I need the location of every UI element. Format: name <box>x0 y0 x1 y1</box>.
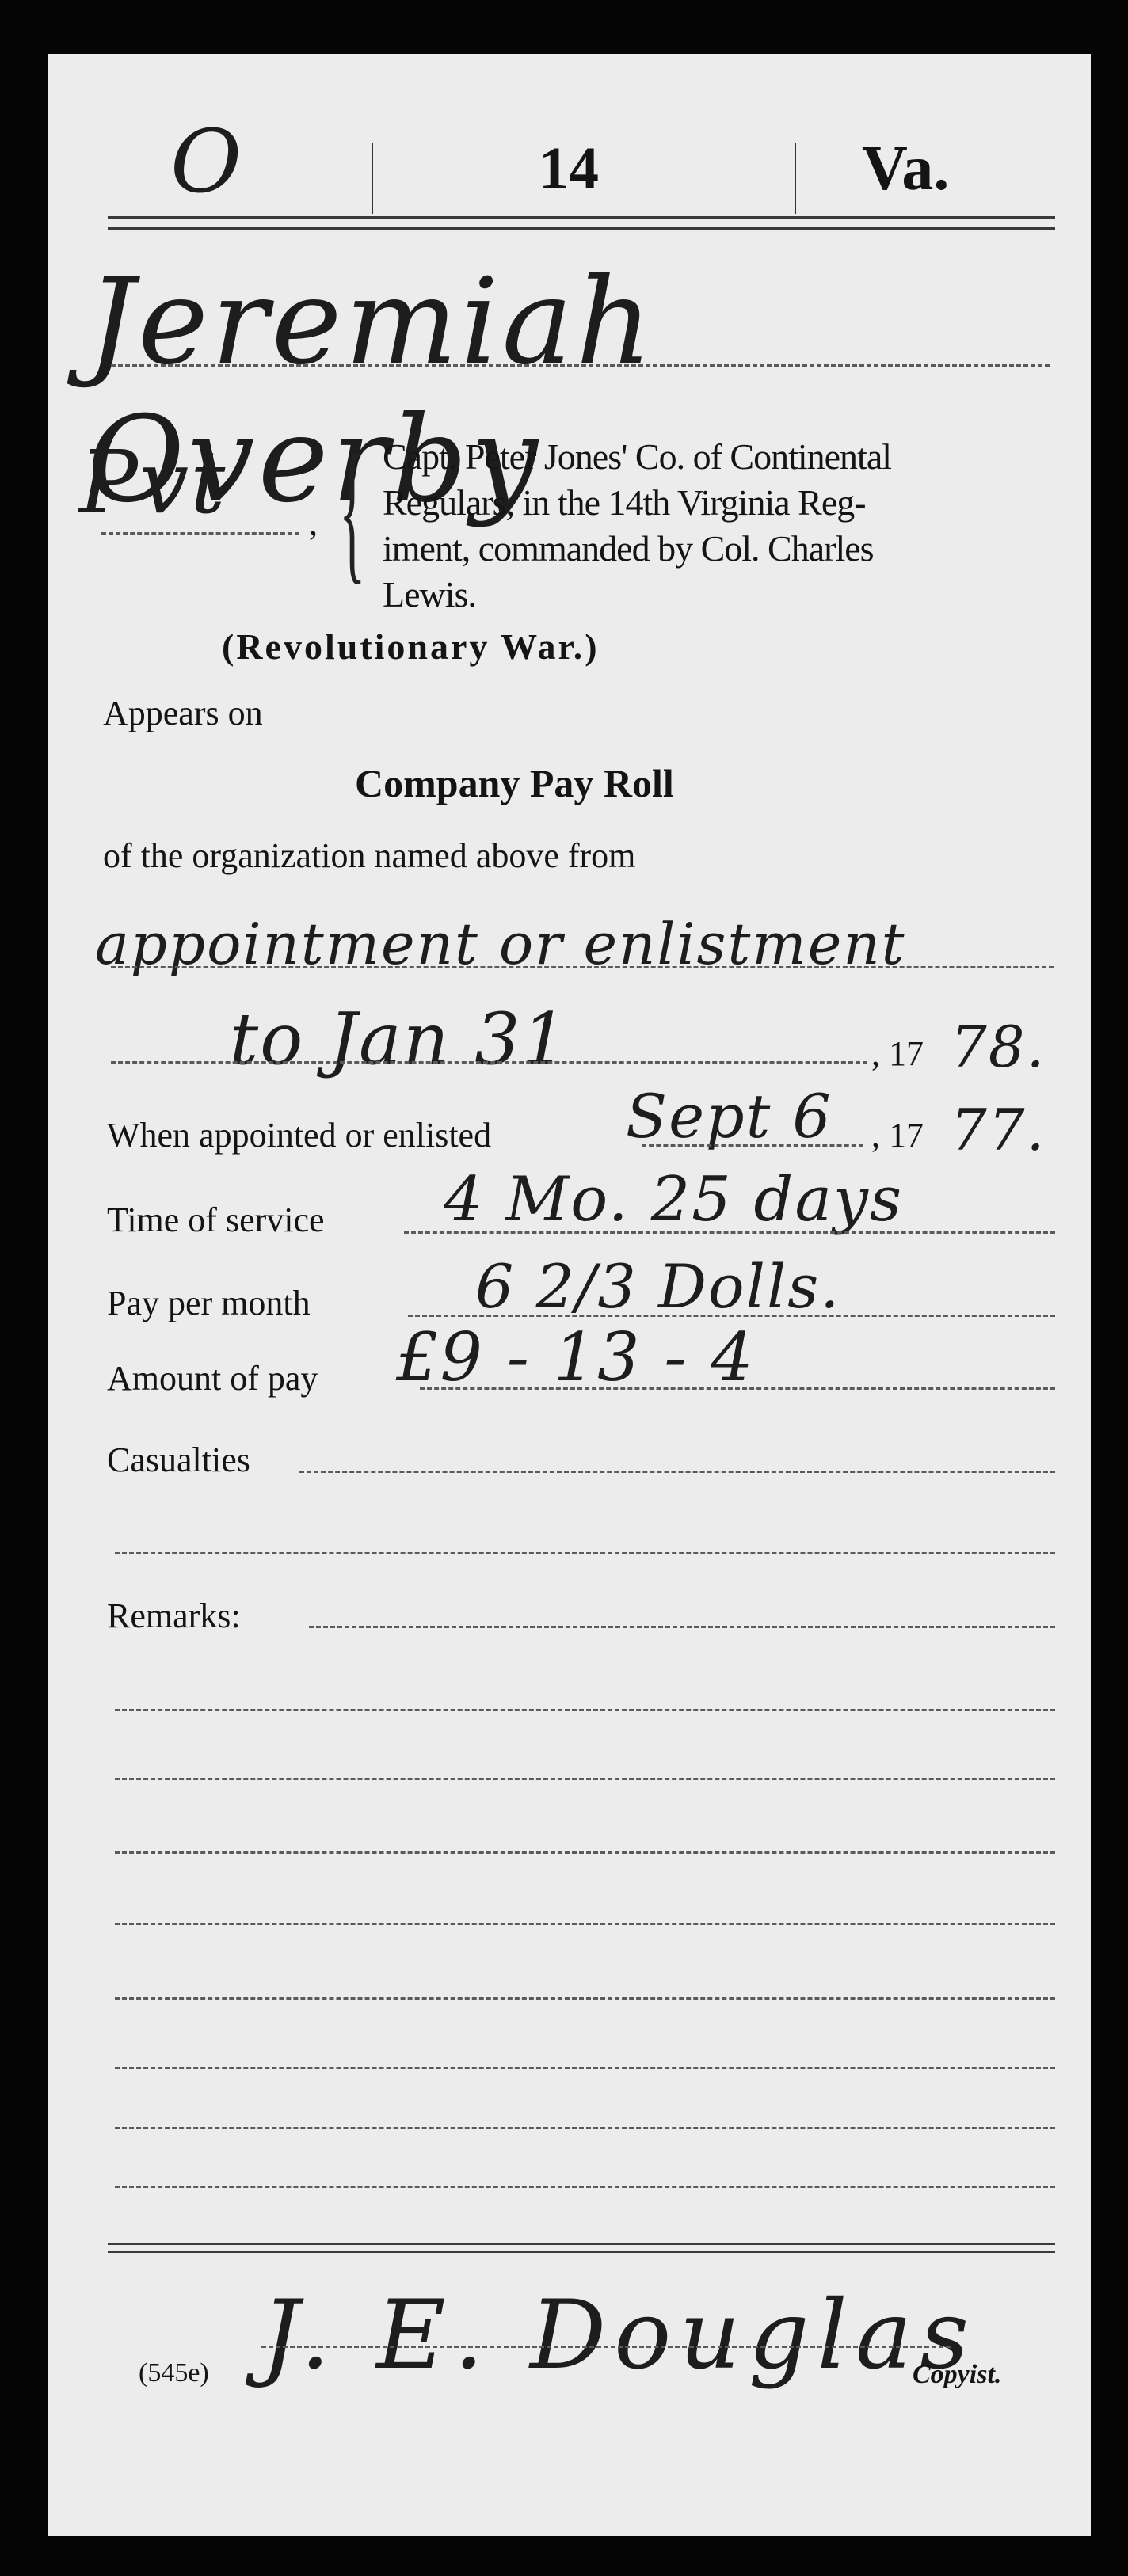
enlisted-line <box>642 1144 863 1147</box>
period-from-line <box>111 966 1054 968</box>
remarks-line-5 <box>115 1923 1055 1925</box>
enlisted-label: When appointed or enlisted <box>107 1115 491 1155</box>
period-to: to Jan 31 <box>230 998 569 1081</box>
organization-text: Capt. Peter Jones' Co. of Continental Re… <box>383 434 891 618</box>
period-to-line <box>111 1061 867 1064</box>
organization-line-2: Regulars, in the 14th Virginia Reg- <box>383 480 891 526</box>
period-year-prefix: , 17 <box>871 1033 924 1074</box>
casualties-line-2 <box>115 1552 1055 1554</box>
remarks-line-4 <box>115 1851 1055 1854</box>
remarks-line-9 <box>115 2186 1055 2188</box>
time-of-service-line <box>404 1231 1055 1234</box>
pay-per-month-value: 6 2/3 Dolls. <box>475 1251 840 1322</box>
header-initial: O <box>170 111 243 212</box>
appears-on-label: Appears on <box>103 693 263 733</box>
remarks-line-1 <box>309 1626 1055 1628</box>
amount-of-pay-value: £9 - 13 - 4 <box>396 1318 755 1396</box>
enlisted-year-suffix: 77. <box>951 1097 1046 1163</box>
organization-line-1: Capt. Peter Jones' Co. of Continental <box>383 434 891 480</box>
enlisted-year-prefix: , 17 <box>871 1115 924 1155</box>
time-of-service-label: Time of service <box>107 1200 325 1240</box>
signature-line <box>261 2346 951 2348</box>
record-type: Company Pay Roll <box>355 760 674 806</box>
amount-of-pay-label: Amount of pay <box>107 1358 318 1398</box>
header-rule-top <box>108 216 1055 219</box>
footer-rule-top <box>108 2243 1055 2245</box>
footer-rule-bottom <box>108 2251 1055 2253</box>
pay-per-month-line <box>408 1315 1055 1317</box>
soldier-rank: Pvt <box>79 432 227 533</box>
remarks-label: Remarks: <box>107 1596 241 1636</box>
remarks-line-3 <box>115 1778 1055 1780</box>
organization-line-4: Lewis. <box>383 572 891 618</box>
header-regiment-number: 14 <box>539 135 599 204</box>
rank-line <box>101 532 299 535</box>
remarks-line-2 <box>115 1709 1055 1711</box>
casualties-label: Casualties <box>107 1440 250 1480</box>
organization-brace: { <box>339 432 366 590</box>
form-number: (545e) <box>139 2358 209 2388</box>
header-rule-bottom <box>108 227 1055 230</box>
rank-comma: , <box>309 503 318 543</box>
copyist-label: Copyist. <box>913 2360 1001 2390</box>
war-heading: (Revolutionary War.) <box>222 626 600 668</box>
copyist-signature: J. E. Douglas <box>261 2281 977 2391</box>
casualties-line <box>299 1471 1055 1473</box>
remarks-line-7 <box>115 2067 1055 2069</box>
enlisted-value: Sept 6 <box>626 1081 833 1151</box>
header-divider-2 <box>795 143 796 214</box>
period-year-suffix: 78. <box>951 1014 1046 1080</box>
header-divider-1 <box>372 143 373 214</box>
time-of-service-value: 4 Mo. 25 days <box>444 1164 903 1235</box>
amount-of-pay-line <box>420 1387 1055 1390</box>
organization-line-3: iment, commanded by Col. Charles <box>383 526 891 572</box>
header-state: Va. <box>862 133 949 205</box>
remarks-line-8 <box>115 2127 1055 2129</box>
of-organization-label: of the organization named above from <box>103 835 635 876</box>
name-line <box>111 364 1050 367</box>
remarks-line-6 <box>115 1997 1055 2000</box>
pay-per-month-label: Pay per month <box>107 1283 311 1323</box>
